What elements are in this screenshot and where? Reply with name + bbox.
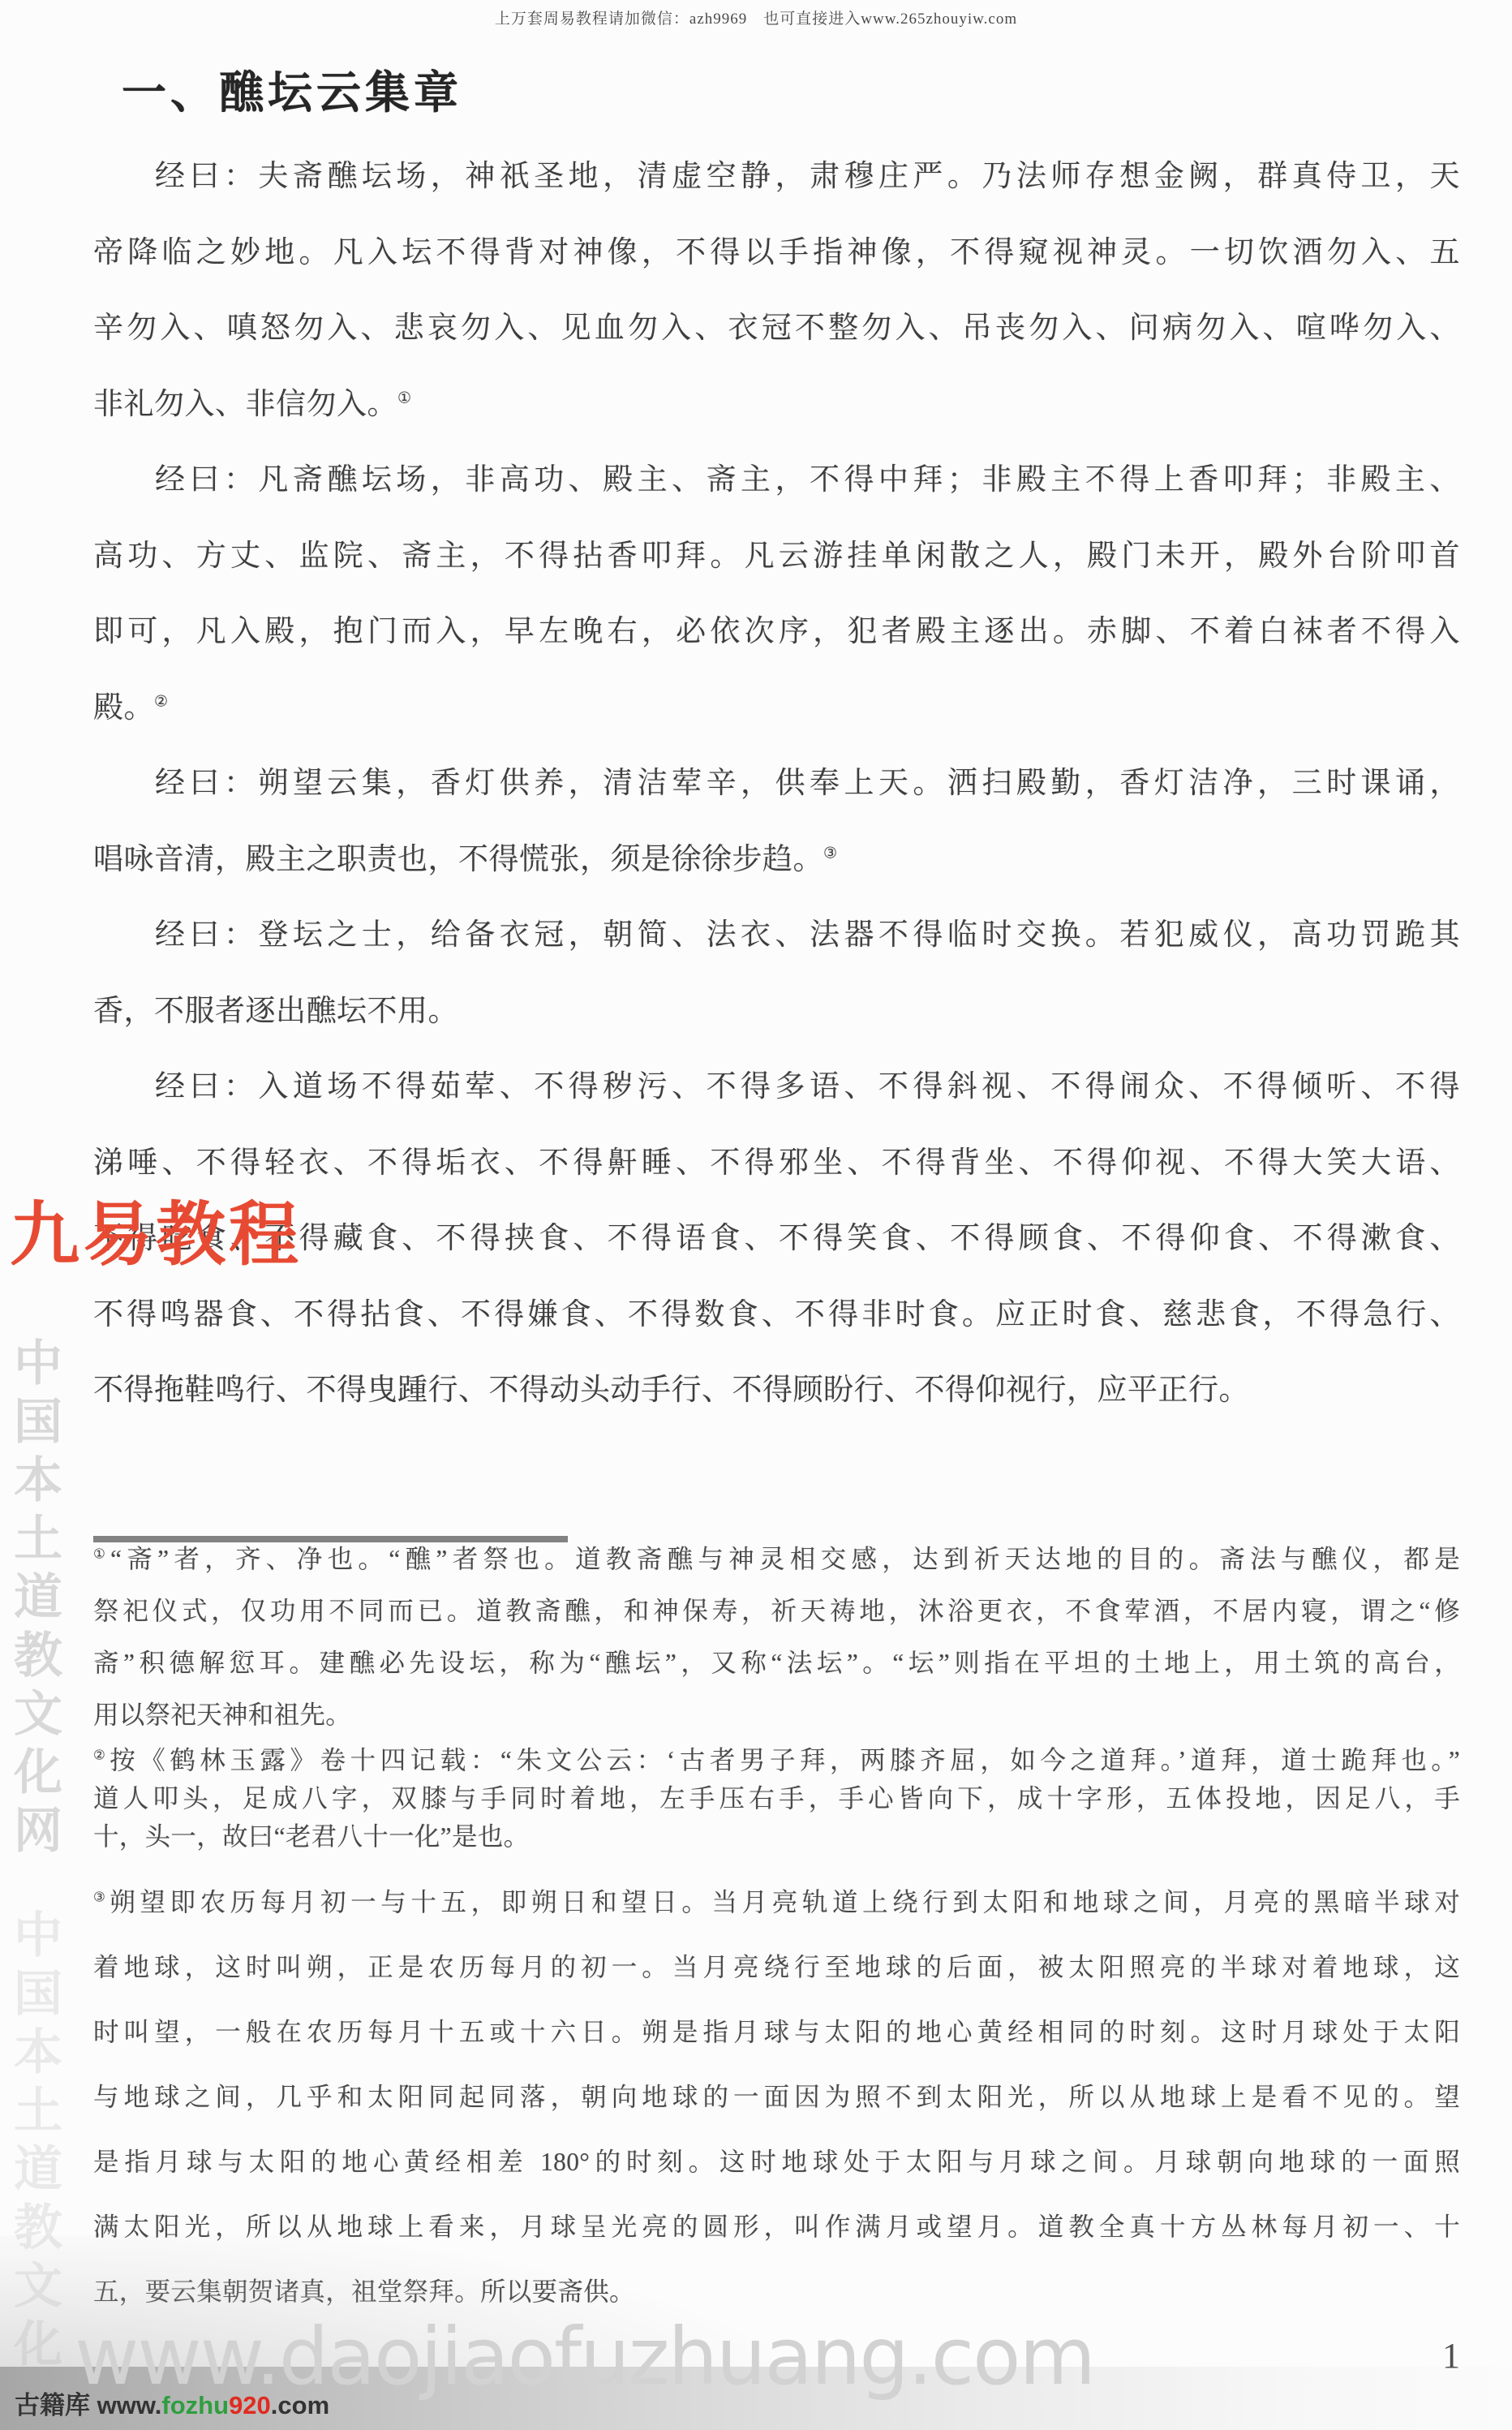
footnote-line: ①“斋”者，齐、净也。“醮”者祭也。道教斋醮与神灵相交感，达到祈天达地的目的。斋… bbox=[93, 1533, 1460, 1585]
footnote-line: 时叫望，一般在农历每月十五或十六日。朔是指月球与太阳的地心黄经相同的时刻。这时月… bbox=[93, 2000, 1460, 2065]
document-page: 上万套周易教程请加微信：azh9969 也可直接进入www.265zhouyiw… bbox=[0, 0, 1512, 2430]
vertical-watermark-char: 本 bbox=[6, 2024, 70, 2082]
body-line: 辛勿入、嗔怒勿入、悲哀勿入、见血勿入、衣冠不整勿入、吊丧勿入、问病勿入、喧哗勿入… bbox=[93, 290, 1460, 367]
body-line: 唱咏音清，殿主之职责也，不得慌张，须是徐徐步趋。③ bbox=[93, 822, 1460, 898]
body-line: 经曰：入道场不得茹荤、不得秽污、不得多语、不得斜视、不得闹众、不得倾听、不得 bbox=[93, 1049, 1460, 1125]
page-number: 1 bbox=[1442, 2335, 1460, 2376]
body-line: 即可，凡入殿，抱门而入，早左晚右，必依次序，犯者殿主逐出。赤脚、不着白袜者不得入 bbox=[93, 594, 1460, 670]
page-title: 一、醮坛云集章 bbox=[122, 57, 462, 121]
footnotes-block: ①“斋”者，齐、净也。“醮”者祭也。道教斋醮与神灵相交感，达到祈天达地的目的。斋… bbox=[93, 1533, 1460, 2325]
footnote-line: 祭祀仪式，仅功用不同而已。道教斋醮，和神保寿，祈天祷地，沐浴更衣，不食荤酒，不居… bbox=[93, 1585, 1460, 1637]
body-line: 不得鸣器食、不得拈食、不得嫌食、不得数食、不得非时食。应正时食、慈悲食，不得急行… bbox=[93, 1277, 1460, 1353]
footnote-2: ②按《鹤林玉露》卷十四记载：“朱文公云：‘古者男子拜，两膝齐屈，如今之道拜。’道… bbox=[93, 1741, 1460, 1856]
vertical-watermark-char: 国 bbox=[6, 1393, 70, 1452]
body-line: 殿。② bbox=[93, 670, 1460, 746]
body-line: 经曰：朔望云集，香灯供养，清洁荤辛，供奉上天。洒扫殿勤，香灯洁净，三时课诵， bbox=[93, 746, 1460, 822]
vertical-watermark-char: 中 bbox=[6, 1335, 70, 1393]
vertical-watermark-char: 网 bbox=[6, 1802, 70, 1860]
body-line: 经曰：夫斋醮坛场，神祇圣地，清虚空静，肃穆庄严。乃法师存想金阙，群真侍卫，天 bbox=[93, 139, 1460, 215]
footnote-1: ①“斋”者，齐、净也。“醮”者祭也。道教斋醮与神灵相交感，达到祈天达地的目的。斋… bbox=[93, 1533, 1460, 1741]
vertical-watermark-char: 道 bbox=[6, 1568, 70, 1627]
vertical-watermark-char: 化 bbox=[6, 1744, 70, 1802]
vertical-watermark-char: 土 bbox=[6, 2082, 70, 2140]
corner-brand-green: fozhu bbox=[161, 2391, 229, 2419]
vertical-watermark-char: 文 bbox=[6, 1685, 70, 1744]
header-watermark-text: 上万套周易教程请加微信：azh9969 也可直接进入www.265zhouyiw… bbox=[0, 6, 1512, 28]
vertical-watermark-char: 国 bbox=[6, 1965, 70, 2024]
body-line: 高功、方丈、监院、斋主，不得拈香叩拜。凡云游挂单闲散之人，殿门未开，殿外台阶叩首 bbox=[93, 518, 1460, 595]
body-line: 经曰：登坛之士，给备衣冠，朝简、法衣、法器不得临时交换。若犯威仪，高功罚跪其 bbox=[93, 897, 1460, 974]
footnote-line: 道人叩头，足成八字，双膝与手同时着地，左手压右手，手心皆向下，成十字形，五体投地… bbox=[93, 1779, 1460, 1817]
footnote-line: ③朔望即农历每月初一与十五，即朔日和望日。当月亮轨道上绕行到太阳和地球之间，月亮… bbox=[93, 1870, 1460, 1935]
vertical-watermark-char: 本 bbox=[6, 1452, 70, 1510]
vertical-watermark-char: 中 bbox=[6, 1907, 70, 1965]
vertical-watermark-char: 土 bbox=[6, 1510, 70, 1568]
vertical-site-watermark: 中国本土道教文化网 bbox=[6, 1335, 70, 1860]
footnote-line: 着地球，这时叫朔，正是农历每月的初一。当月亮绕行至地球的后面，被太阳照亮的半球对… bbox=[93, 1935, 1460, 2000]
footnote-line: 与地球之间，几乎和太阳同起同落，朝向地球的一面因为照不到太阳光，所以从地球上是看… bbox=[93, 2065, 1460, 2130]
vertical-watermark-char: 教 bbox=[6, 1627, 70, 1685]
footnote-line: 是指月球与太阳的地心黄经相差 180°的时刻。这时地球处于太阳与月球之间。月球朝… bbox=[93, 2130, 1460, 2195]
corner-brand-red: 920 bbox=[229, 2391, 271, 2419]
body-line: 香，不服者逐出醮坛不用。 bbox=[93, 974, 1460, 1050]
footnote-line: 斋”积德解愆耳。建醮必先设坛，称为“醮坛”，又称“法坛”。“坛”则指在平坦的土地… bbox=[93, 1637, 1460, 1689]
footnote-line: ②按《鹤林玉露》卷十四记载：“朱文公云：‘古者男子拜，两膝齐屈，如今之道拜。’道… bbox=[93, 1741, 1460, 1779]
body-line: 经曰：凡斋醮坛场，非高功、殿主、斋主，不得中拜；非殿主不得上香叩拜；非殿主、 bbox=[93, 442, 1460, 518]
body-line: 非礼勿入、非信勿入。① bbox=[93, 367, 1460, 443]
footnote-line: 十，头一，故曰“老君八十一化”是也。 bbox=[93, 1817, 1460, 1856]
corner-brand-prefix: 古籍库 www. bbox=[15, 2391, 161, 2419]
vertical-watermark-char: 道 bbox=[6, 2140, 70, 2199]
red-course-watermark: 九易教程 bbox=[10, 1178, 302, 1279]
body-line: 帝降临之妙地。凡入坛不得背对神像，不得以手指神像，不得窥视神灵。一切饮酒勿入、五 bbox=[93, 215, 1460, 291]
corner-brand-watermark: 古籍库 www.fozhu920.com bbox=[15, 2385, 329, 2421]
body-line: 不得拖鞋鸣行、不得曳踵行、不得动头动手行、不得顾盼行、不得仰视行，应平正行。 bbox=[93, 1353, 1460, 1429]
footnote-line: 用以祭祀天神和祖先。 bbox=[93, 1689, 1460, 1741]
corner-brand-suffix: .com bbox=[271, 2391, 329, 2419]
